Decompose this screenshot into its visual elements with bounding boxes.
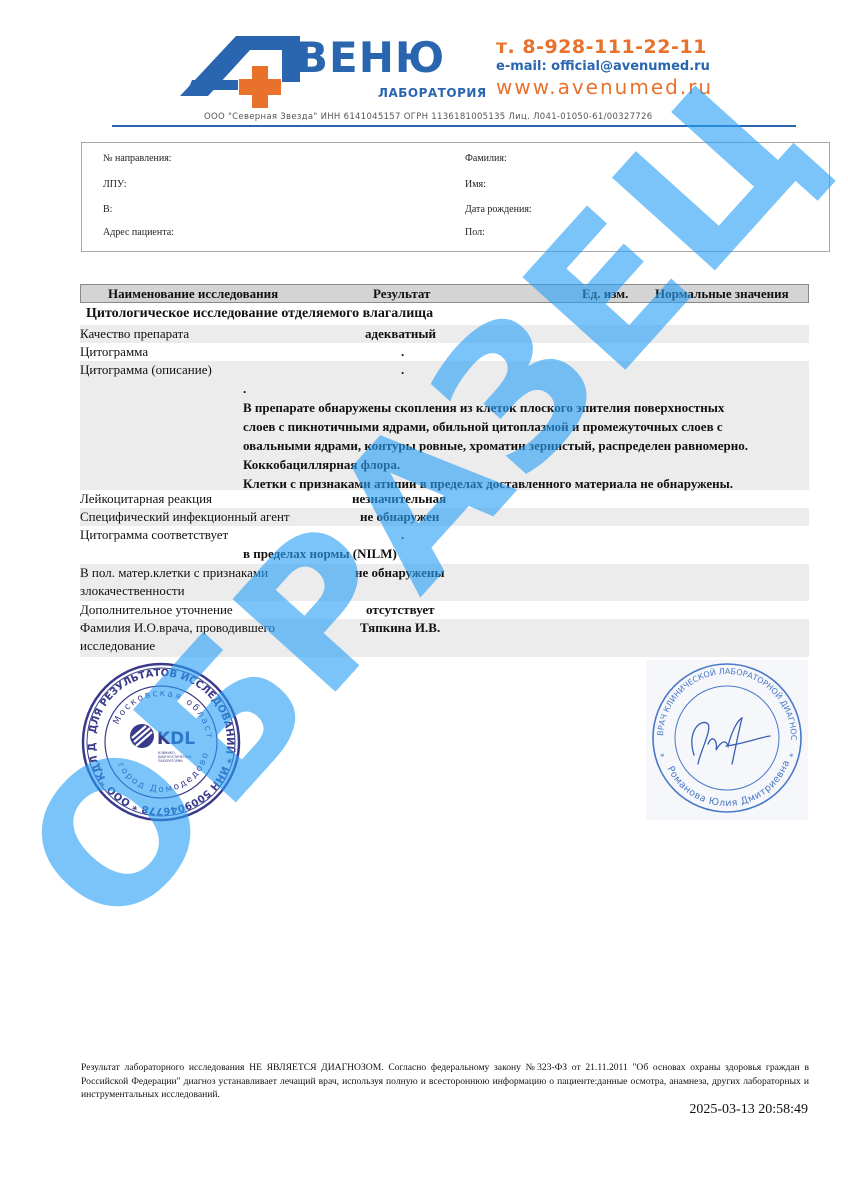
birth-date-label: Дата рождения: [465,204,532,215]
row-value: незначительная [352,490,446,508]
row-name: Дополнительное уточнение [80,601,320,619]
description-line: В препарате обнаружены скопления из клет… [243,398,748,417]
row-name: Цитограмма (описание) [80,361,320,379]
table-row-description: Цитограмма (описание) . . В препарате об… [80,361,809,490]
sex-label: Пол: [465,227,485,238]
letterhead: ВЕНЮ ЛАБОРАТОРИЯ т. 8-928-111-22-11 e-ma… [110,28,810,128]
lpu-label: ЛПУ: [103,179,126,190]
description-line: Коккобациллярная флора. [243,455,748,474]
row-name: Лейкоцитарная реакция [80,490,320,508]
contacts: т. 8-928-111-22-11 e-mail: official@aven… [496,36,713,99]
svg-text:KDL: KDL [157,729,195,749]
row-name: Фамилия И.О.врача, проводившего исследов… [80,619,310,655]
header-result: Результат [373,285,430,302]
table-row: Цитограмма соответствует . в пределах но… [80,526,809,564]
row-value: . [401,343,404,361]
description-line: . [243,379,748,398]
section-title: Цитологическое исследование отделяемого … [80,303,809,325]
header-norm: Нормальные значения [655,285,789,302]
table-row: Лейкоцитарная реакция незначительная [80,490,809,508]
svg-text:*: * [660,752,665,762]
website: www.avenumed.ru [496,75,713,99]
table-row: В пол. матер.клетки с признаками злокаче… [80,564,809,601]
row-value: не обнаружены [355,564,445,582]
v-label: В: [103,204,112,215]
doctor-stamp: ВРАЧ КЛИНИЧЕСКОЙ ЛАБОРАТОРНОЙ ДИАГНОСТИК… [646,660,808,820]
description-line: овальными ядрами, контуры ровные, хромат… [243,436,748,455]
surname-label: Фамилия: [465,153,507,164]
row-name: Цитограмма [80,343,320,361]
row-value: адекватный [365,325,436,343]
first-name-label: Имя: [465,179,486,190]
svg-text:ВРАЧ КЛИНИЧЕСКОЙ ЛАБОРАТОРНОЙ: ВРАЧ КЛИНИЧЕСКОЙ ЛАБОРАТОРНОЙ ДИАГНОСТИК… [646,660,798,741]
row-value: отсутствует [366,601,435,619]
row-value: . [401,526,404,544]
row-value: Тяпкина И.В. [360,619,440,637]
row-value: . [401,361,404,379]
avenu-logo: ВЕНЮ ЛАБОРАТОРИЯ [178,36,458,106]
svg-text:ЛАБОРАТОРИИ: ЛАБОРАТОРИИ [158,759,183,763]
brand-name: ВЕНЮ [296,36,445,80]
description-line: слоев с пикнотичными ядрами, обильной ци… [243,417,748,436]
header-unit: Ед. изм. [582,285,628,302]
svg-text:*: * [789,752,794,762]
disclaimer-text: Результат лабораторного исследования НЕ … [81,1061,809,1102]
cytogram-description: . В препарате обнаружены скопления из кл… [243,379,748,493]
header-divider [112,125,796,127]
patient-info-box: № направления: ЛПУ: В: Адрес пациента: Ф… [81,142,830,252]
table-row: Цитограмма . [80,343,809,361]
row-name: В пол. матер.клетки с признаками злокаче… [80,564,300,600]
logo-a-cross-icon [178,36,308,108]
table-row: Дополнительное уточнение отсутствует [80,601,809,619]
table-row: Специфический инфекционный агент не обна… [80,508,809,526]
kdl-stamp-icon: ДЛЯ РЕЗУЛЬТАТОВ ИССЛЕДОВАНИЙ * ИНН 50090… [80,662,242,822]
table-header: Наименование исследования Результат Ед. … [80,284,809,303]
row-value-secondary: в пределах нормы (NILM) [243,545,397,563]
table-row: Качество препарата адекватный [80,325,809,343]
row-name: Специфический инфекционный агент [80,508,320,526]
kdl-stamp: ДЛЯ РЕЗУЛЬТАТОВ ИССЛЕДОВАНИЙ * ИНН 50090… [80,662,242,822]
header-test-name: Наименование исследования [108,285,278,302]
report-timestamp: 2025-03-13 20:58:49 [689,1102,808,1118]
patient-address-label: Адрес пациента: [103,227,174,238]
company-requisites: ООО "Северная Звезда" ИНН 6141045157 ОГР… [204,112,652,122]
table-row: Фамилия И.О.врача, проводившего исследов… [80,619,809,657]
row-name: Цитограмма соответствует [80,526,320,544]
doctor-stamp-icon: ВРАЧ КЛИНИЧЕСКОЙ ЛАБОРАТОРНОЙ ДИАГНОСТИК… [646,660,808,820]
referral-number-label: № направления: [103,153,172,164]
email: e-mail: official@avenumed.ru [496,58,713,75]
results-table: Наименование исследования Результат Ед. … [80,284,809,657]
brand-subtitle: ЛАБОРАТОРИЯ [378,86,487,100]
row-name: Качество препарата [80,325,320,343]
phone: т. 8-928-111-22-11 [496,36,713,58]
row-value: не обнаружен [360,508,439,526]
signature [692,718,770,764]
